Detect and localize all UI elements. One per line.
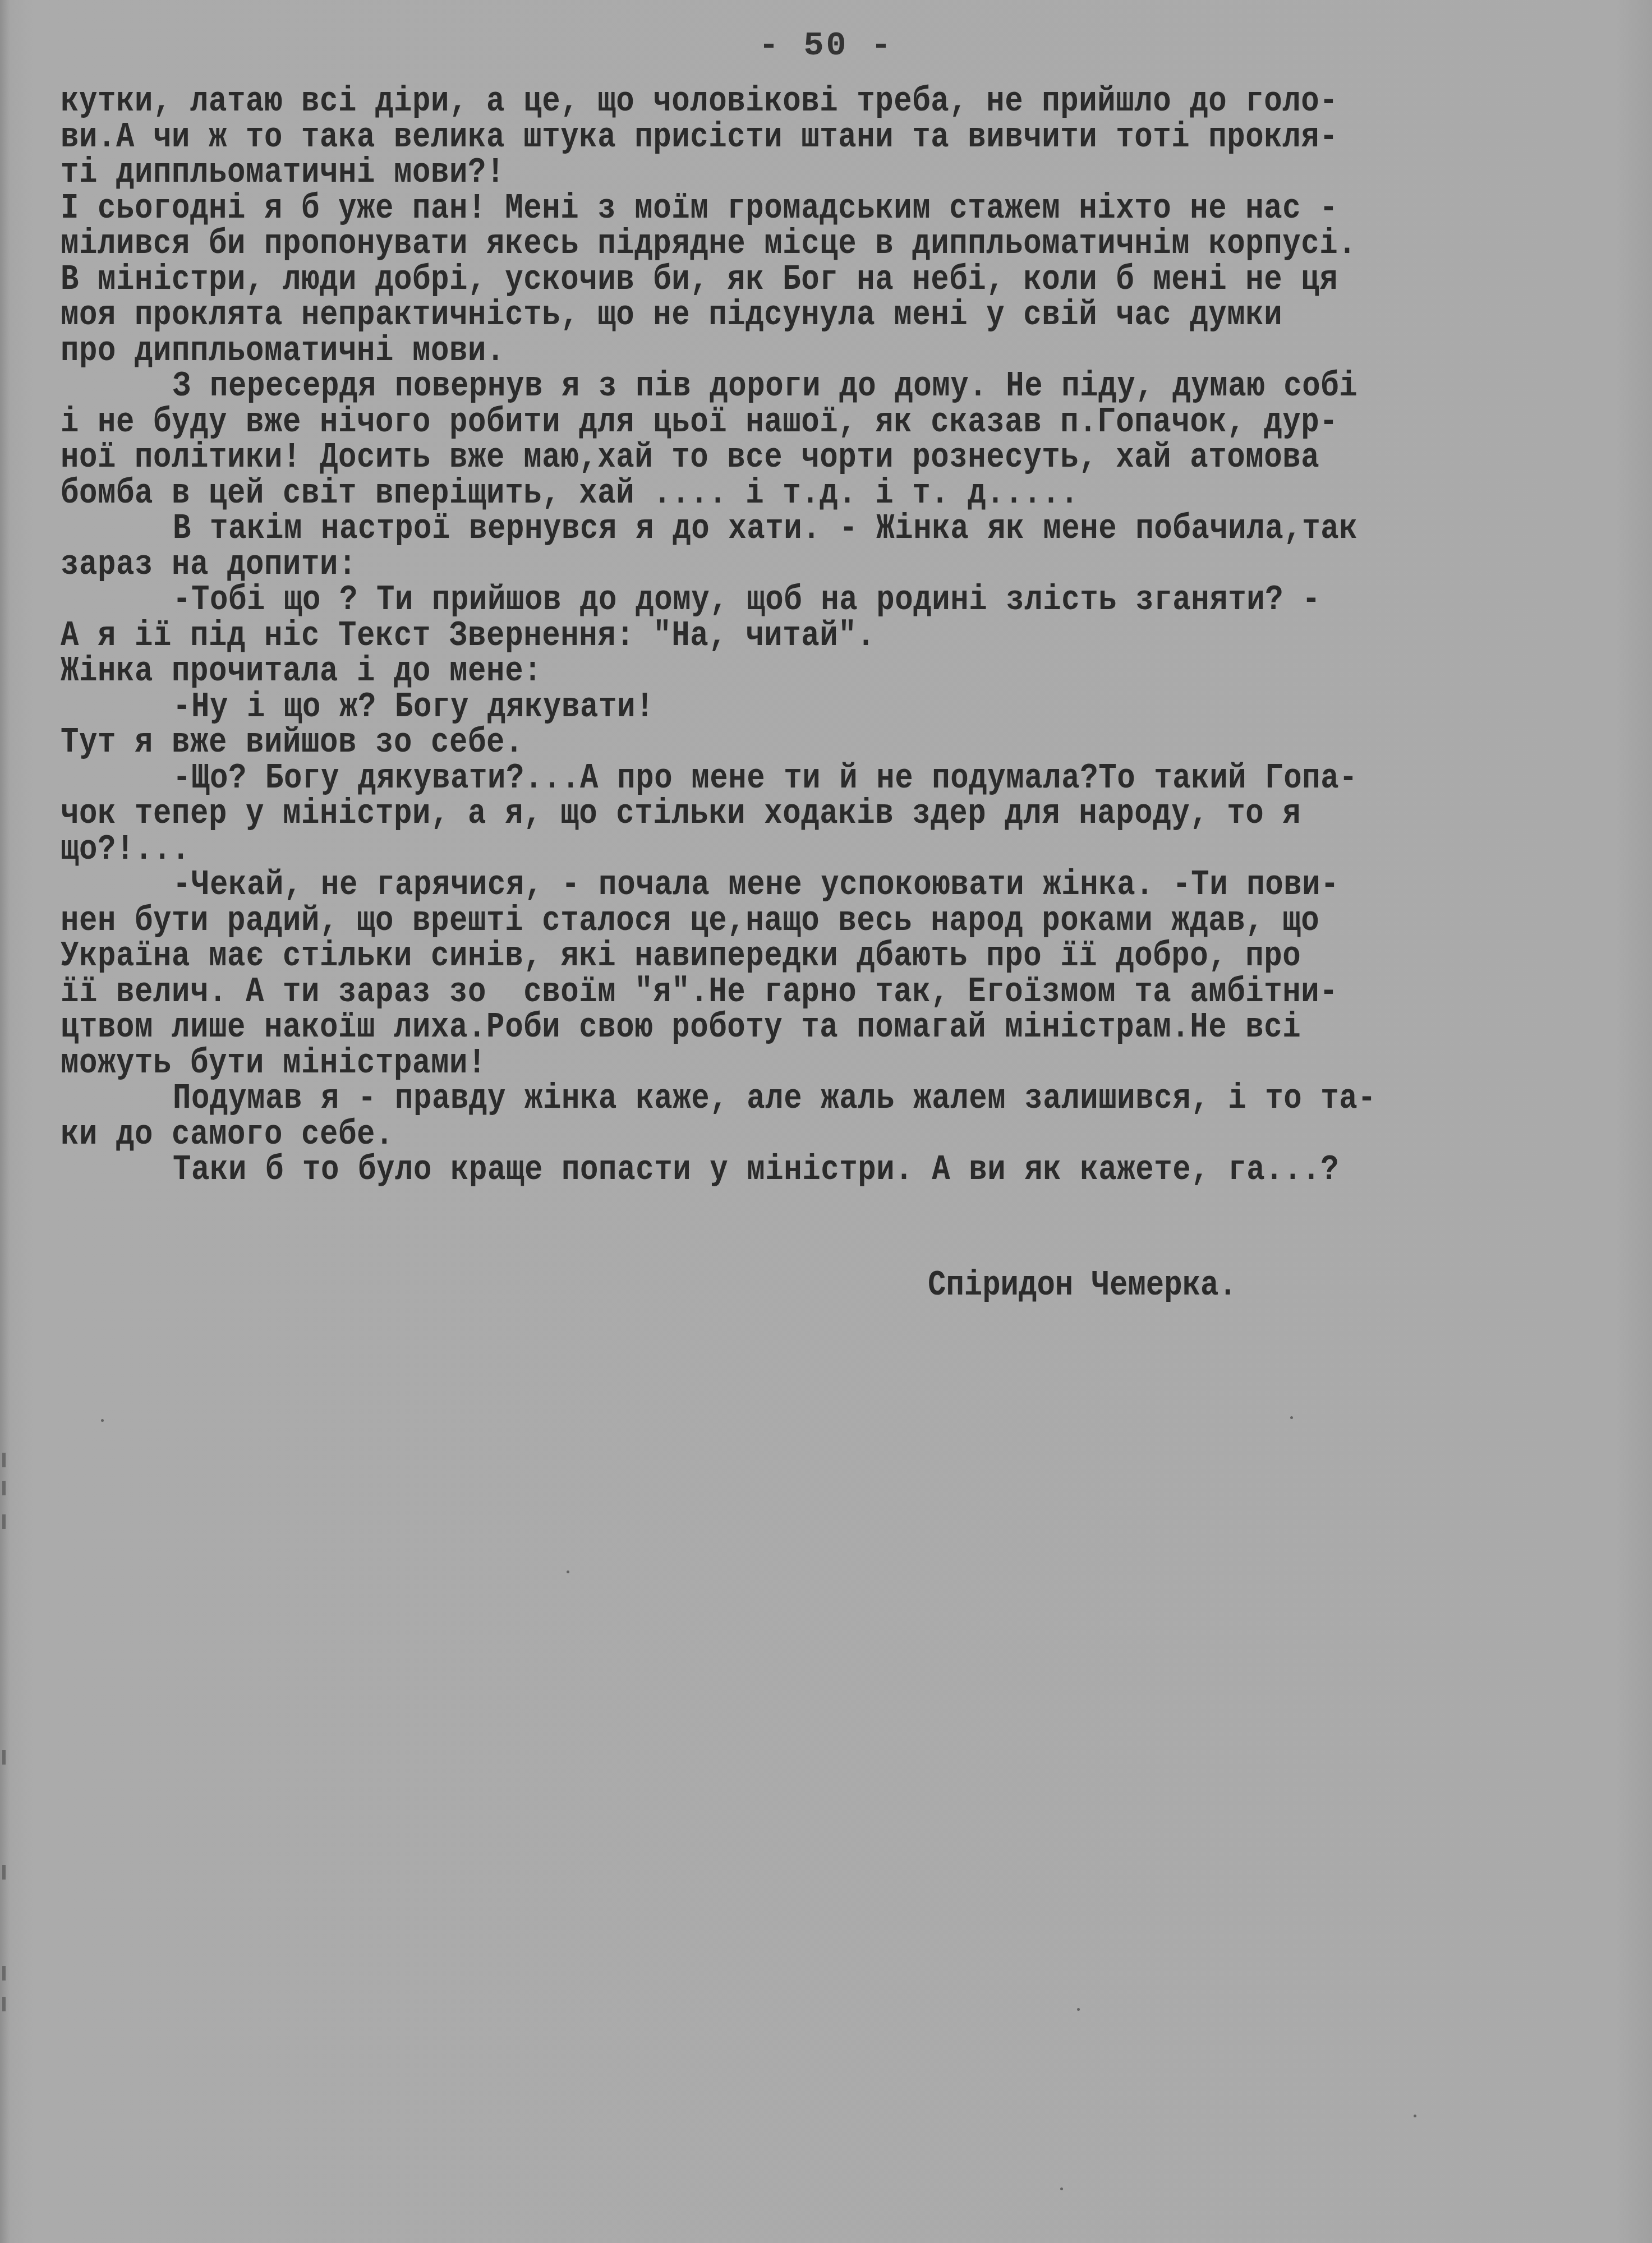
text-line: Таки б то було краще попасти у міністри.… [61,1149,1575,1191]
margin-mark [2,1481,6,1495]
paper-speck [101,1419,104,1422]
typewritten-body: кутки, латаю всі діри, а це, що чоловіко… [61,84,1575,1189]
paper-speck [1060,2187,1063,2190]
scanned-page: - 50 - кутки, латаю всі діри, а це, що ч… [0,0,1652,2243]
paper-speck [567,1570,569,1573]
margin-mark [2,1514,6,1529]
paper-speck [1414,2115,1416,2117]
page-number: - 50 - [0,27,1652,65]
author-signature: Спіридон Чемерка. [928,1266,1237,1306]
margin-mark [2,1750,6,1765]
paper-speck [1077,2008,1080,2011]
margin-mark [2,1997,6,2011]
margin-mark [2,1966,6,1981]
paper-speck [1290,1416,1293,1419]
margin-mark [2,1865,6,1880]
margin-mark [2,1453,6,1467]
